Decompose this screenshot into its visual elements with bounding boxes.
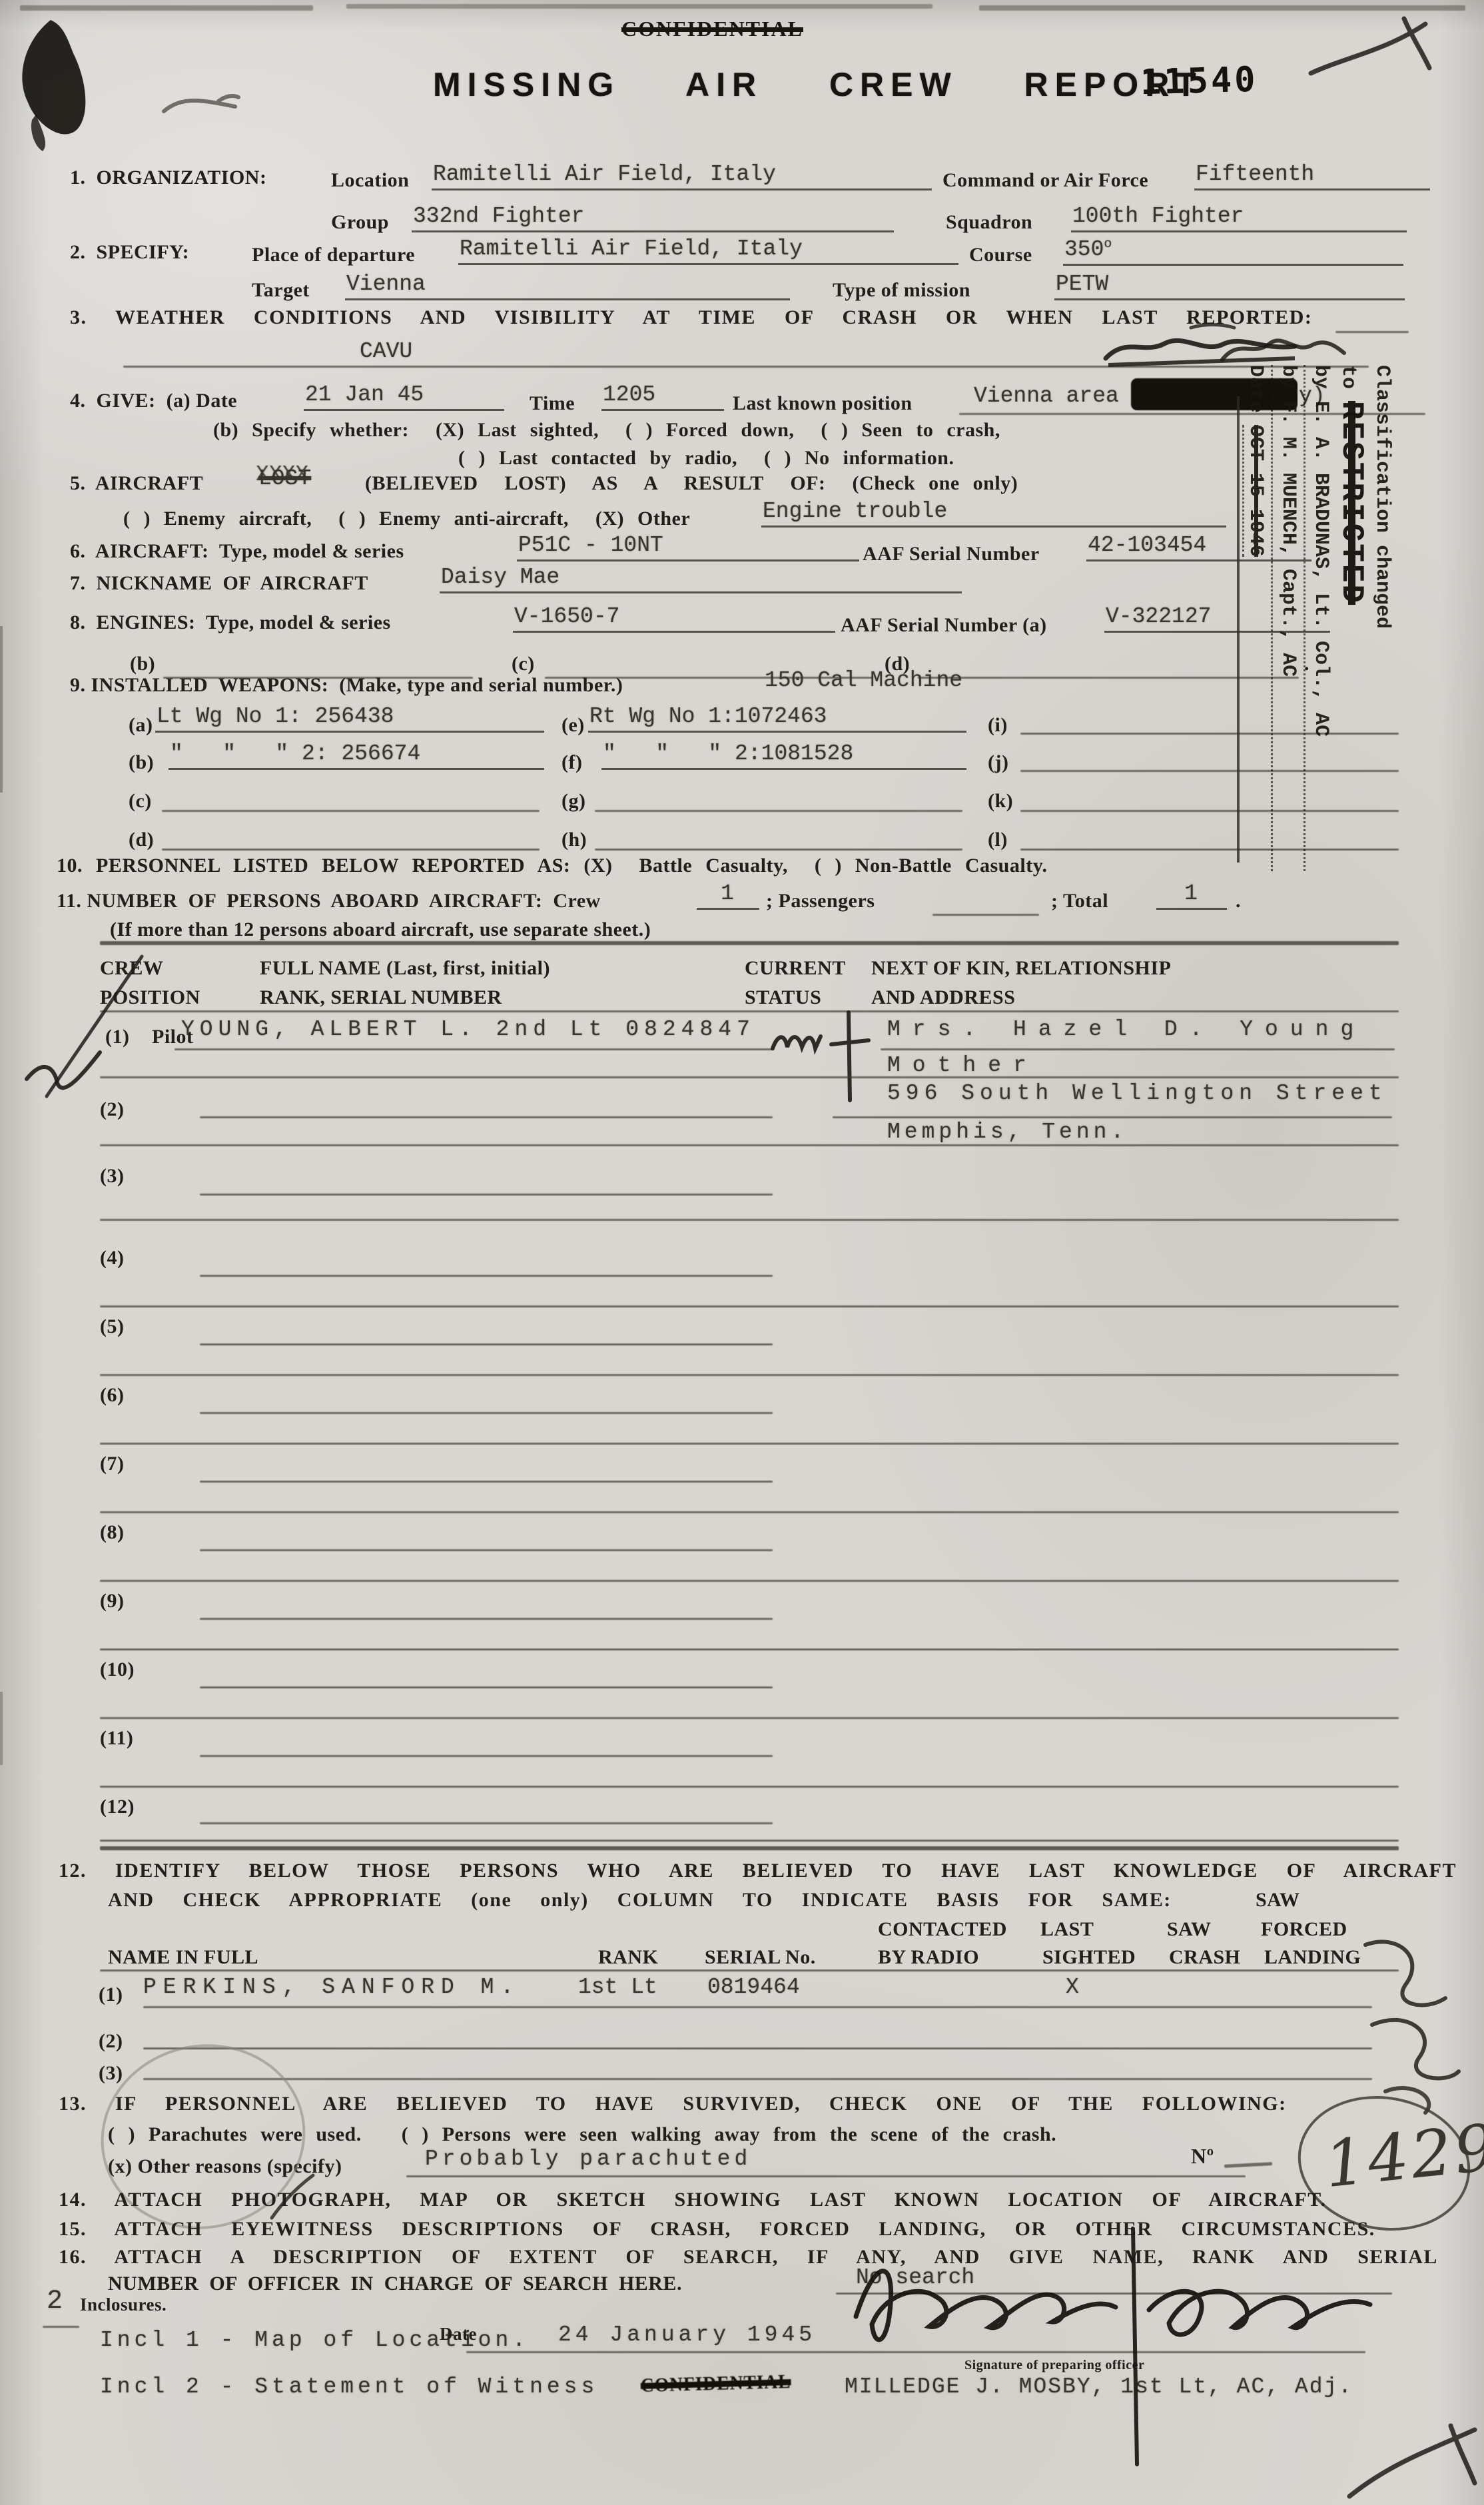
inclosures-label: Inclosures. bbox=[80, 2295, 167, 2315]
macr-form-page: CONFIDENTIAL MISSING AIR CREW REPORT 115… bbox=[0, 0, 1484, 2505]
declassification-stamp: Classification changed to RESTRICTED by … bbox=[1240, 365, 1397, 871]
rule-line bbox=[200, 1343, 773, 1345]
pen-mark-bottom bbox=[1343, 2422, 1483, 2505]
stamp-line4: by F. M. MUENCH, Capt., AC bbox=[1271, 365, 1303, 871]
crew-row-number: (6) bbox=[100, 1384, 124, 1406]
rule-line bbox=[100, 1443, 1399, 1445]
form-title: MISSING AIR CREW REPORT bbox=[433, 65, 1203, 104]
item1-location-label: Location bbox=[331, 169, 409, 191]
item2-mission-value: PETW bbox=[1054, 272, 1405, 300]
item12-col-radio: BY RADIO bbox=[878, 1946, 979, 1968]
scan-edge-artifact bbox=[0, 626, 3, 793]
item9-k-label: (k) bbox=[988, 790, 1013, 812]
handwriting-checkmark bbox=[19, 951, 159, 1111]
rule-line bbox=[100, 1648, 1399, 1650]
handwriting-status-mark bbox=[767, 1007, 877, 1114]
rule-line bbox=[406, 2175, 1246, 2177]
item1-command-value: Fifteenth bbox=[1194, 163, 1430, 190]
item12-line1: 12. IDENTIFY BELOW THOSE PERSONS WHO ARE… bbox=[59, 1860, 1457, 1882]
item9-value: 150 Cal Machine bbox=[765, 669, 962, 693]
item8-c-label: (c) bbox=[512, 653, 535, 675]
item9-a-label: (a) bbox=[129, 714, 153, 736]
item9-b-label: (b) bbox=[129, 751, 154, 773]
item9-e-label: (e) bbox=[561, 714, 585, 736]
item14-label: 14. ATTACH PHOTOGRAPH, MAP OR SKETCH SHO… bbox=[59, 2189, 1327, 2211]
item1-squadron-value: 100th Fighter bbox=[1071, 204, 1407, 232]
stamp-line2: to RESTRICTED bbox=[1336, 365, 1367, 871]
item4-position-value: Vienna area ( bbox=[974, 384, 1145, 408]
item9-g-label: (g) bbox=[561, 790, 585, 812]
item2-course-label: Course bbox=[969, 244, 1032, 266]
item8-label: 8. ENGINES: Type, model & series bbox=[70, 611, 391, 633]
ink-blot bbox=[9, 15, 109, 155]
item9-b-value: " " " 2: 256674 bbox=[169, 742, 544, 770]
item9-f-value: " " " 2:1081528 bbox=[601, 742, 966, 770]
margin-rule bbox=[1237, 396, 1240, 863]
rule-line bbox=[43, 2326, 79, 2328]
rule-line bbox=[100, 1840, 1399, 1842]
inclosures-count: 2 bbox=[47, 2287, 63, 2317]
item12-row1-name: PERKINS, SANFORD M. bbox=[143, 1975, 520, 1999]
item12-row1-last-sighted-mark: X bbox=[1066, 1975, 1079, 1999]
item12-col-contacted: CONTACTED bbox=[878, 1918, 1007, 1940]
item11-note: (If more than 12 persons aboard aircraft… bbox=[110, 918, 651, 940]
item1-location-value: Ramitelli Air Field, Italy bbox=[432, 163, 932, 190]
crew-header-col3b: STATUS bbox=[745, 986, 821, 1008]
crew-row-number: (8) bbox=[100, 1521, 124, 1543]
item11-crew-value: 1 bbox=[697, 882, 759, 910]
item9-h-label: (h) bbox=[561, 829, 587, 851]
item12-col-serial: SERIAL No. bbox=[705, 1946, 816, 1968]
rule-line bbox=[595, 810, 962, 812]
item8-b-label: (b) bbox=[130, 653, 155, 675]
crew-header-col4a: NEXT OF KIN, RELATIONSHIP bbox=[871, 957, 1171, 979]
date-label: Date bbox=[440, 2325, 477, 2344]
rule-line bbox=[200, 1755, 773, 1757]
item12-row1-rank: 1st Lt bbox=[578, 1975, 657, 1999]
crew-row1-nok-name: Mrs. Hazel D. Young bbox=[887, 1018, 1365, 1042]
item1-label: 1. ORGANIZATION: bbox=[70, 167, 266, 188]
rule-line bbox=[200, 1549, 773, 1551]
crew-row1-nok-city: Memphis, Tenn. bbox=[887, 1120, 1128, 1144]
rule-line bbox=[932, 914, 1039, 916]
pencil-mark bbox=[159, 81, 245, 128]
item12-row1-serial: 0819464 bbox=[707, 1975, 800, 1999]
item16-line2: NUMBER OF OFFICER IN CHARGE OF SEARCH HE… bbox=[108, 2273, 682, 2295]
scan-edge-artifact bbox=[0, 1692, 3, 1765]
pen-mark bbox=[1304, 9, 1444, 86]
item9-c-label: (c) bbox=[129, 790, 152, 812]
scan-edge-artifact bbox=[346, 4, 932, 9]
item11-total-label: ; Total bbox=[1051, 890, 1108, 912]
rule-line bbox=[200, 1116, 773, 1118]
item12-saw-top: SAW bbox=[1256, 1889, 1300, 1911]
crew-row-number: (4) bbox=[100, 1247, 124, 1269]
item11-passengers-label: ; Passengers bbox=[766, 890, 875, 912]
item1-group-label: Group bbox=[331, 211, 389, 233]
item2-target-value: Vienna bbox=[345, 272, 790, 300]
item13-other-value: Probably parachuted bbox=[425, 2147, 751, 2171]
rule-line bbox=[100, 1717, 1399, 1719]
rule-line bbox=[881, 1048, 1395, 1050]
crew-row-number: (7) bbox=[100, 1453, 124, 1475]
item12-col-sighted: SIGHTED bbox=[1042, 1946, 1136, 1968]
item2-departure-value: Ramitelli Air Field, Italy bbox=[458, 237, 958, 265]
item12-col-last: LAST bbox=[1040, 1918, 1094, 1940]
item1-squadron-label: Squadron bbox=[946, 211, 1032, 233]
rule-line bbox=[200, 1412, 773, 1414]
rule-line bbox=[143, 2047, 1372, 2049]
crew-row1-name: YOUNG, ALBERT L. 2nd Lt 0824847 bbox=[181, 1018, 755, 1042]
rule-line bbox=[100, 1786, 1399, 1788]
item1-group-value: 332nd Fighter bbox=[412, 204, 894, 232]
item3-value: CAVU bbox=[360, 340, 412, 364]
item9-l-label: (l) bbox=[988, 829, 1008, 851]
pen-scribbles bbox=[1344, 1930, 1481, 2123]
rule-line bbox=[100, 1511, 1399, 1513]
crew-row1-number: (1) bbox=[105, 1026, 129, 1048]
confidential-stamp-top: CONFIDENTIAL bbox=[621, 17, 803, 41]
item5-struck-overtype: XXXX bbox=[256, 463, 308, 487]
item2-label: 2. SPECIFY: bbox=[70, 241, 189, 263]
confidential-stamp-bottom: CONFIDENTIAL bbox=[640, 2370, 791, 2397]
stamp-line5: Date OCT 15 1946 bbox=[1240, 365, 1271, 871]
handwritten-dash bbox=[1224, 2162, 1272, 2168]
item11-period: . bbox=[1236, 890, 1241, 912]
item12-row1-number: (1) bbox=[99, 1983, 123, 2005]
crew-row1-nok-relation: Mother bbox=[887, 1054, 1038, 1078]
item4-label: 4. GIVE: (a) Date bbox=[70, 390, 237, 412]
item1-command-label: Command or Air Force bbox=[942, 169, 1148, 191]
rule-line bbox=[143, 2078, 1372, 2080]
crew-row-number: (3) bbox=[100, 1165, 124, 1187]
item2-target-label: Target bbox=[252, 279, 310, 301]
crew-header-col2b: RANK, SERIAL NUMBER bbox=[260, 986, 502, 1008]
crew-row-number: (10) bbox=[100, 1658, 135, 1680]
rule-line bbox=[200, 1618, 773, 1620]
crew-row-number: (5) bbox=[100, 1315, 124, 1337]
item7-label: 7. NICKNAME OF AIRCRAFT bbox=[70, 572, 368, 594]
rule-line bbox=[100, 1374, 1399, 1376]
incl2-text: Incl 2 - Statement of Witness bbox=[100, 2375, 598, 2399]
item10-label: 10. PERSONNEL LISTED BELOW REPORTED AS: … bbox=[57, 855, 1048, 877]
item6-value: P51C - 10NT bbox=[517, 534, 859, 561]
item2-course-value: 350o bbox=[1063, 237, 1403, 266]
item5-label-b: (BELIEVED LOST) AS A RESULT OF: (Check o… bbox=[365, 472, 1018, 494]
stamp-line3: by E. A. BRADUNAS, Lt. Col., AC bbox=[1303, 365, 1336, 871]
rule-line bbox=[100, 1076, 1399, 1078]
item9-label: 9. INSTALLED WEAPONS: (Make, type and se… bbox=[70, 674, 623, 696]
rule-line bbox=[100, 1580, 1399, 1582]
item5-other-value: Engine trouble bbox=[761, 500, 1226, 528]
rule-line bbox=[200, 1686, 773, 1688]
crew-header-col3a: CURRENT bbox=[745, 957, 846, 979]
item8-value: V-1650-7 bbox=[513, 605, 835, 633]
item7-value: Daisy Mae bbox=[440, 565, 962, 593]
divider-line bbox=[100, 1846, 1399, 1850]
rule-line bbox=[833, 1116, 1392, 1118]
item13-no-label: Nº bbox=[1191, 2145, 1214, 2168]
crew-row-number: (9) bbox=[100, 1590, 124, 1612]
stamp-line1: Classification changed bbox=[1367, 365, 1397, 871]
rule-line bbox=[175, 1048, 774, 1050]
item8-serial-label: AAF Serial Number (a) bbox=[841, 614, 1047, 636]
item9-i-label: (i) bbox=[988, 714, 1008, 736]
scan-edge-artifact bbox=[20, 5, 313, 11]
item6-label: 6. AIRCRAFT: Type, model & series bbox=[70, 540, 404, 562]
rule-line bbox=[200, 1275, 773, 1277]
crew-row1-nok-street: 596 South Wellington Street bbox=[887, 1082, 1387, 1106]
item12-col-crash: CRASH bbox=[1169, 1946, 1241, 1968]
rule-line bbox=[100, 1305, 1399, 1307]
item12-col-forced: FORCED bbox=[1261, 1918, 1347, 1940]
rule-line bbox=[162, 849, 540, 851]
rule-line bbox=[100, 1219, 1399, 1221]
rule-line bbox=[595, 849, 962, 851]
item12-col-saw: SAW bbox=[1167, 1918, 1212, 1940]
item9-d-label: (d) bbox=[129, 829, 154, 851]
item12-line2: AND CHECK APPROPRIATE (one only) COLUMN … bbox=[108, 1889, 1172, 1911]
item2-departure-label: Place of departure bbox=[252, 244, 415, 266]
item4-specify-line2: ( ) Last contacted by radio, ( ) No info… bbox=[458, 447, 954, 469]
item5-options: ( ) Enemy aircraft, ( ) Enemy anti-aircr… bbox=[123, 508, 690, 530]
item4-specify-line1: (b) Specify whether: (X) Last sighted, (… bbox=[213, 419, 1000, 441]
rule-line bbox=[143, 2006, 1372, 2008]
rule-line bbox=[100, 1010, 1399, 1012]
item4-date-value: 21 Jan 45 bbox=[304, 383, 504, 411]
item11-label: 11. NUMBER OF PERSONS ABOARD AIRCRAFT: C… bbox=[57, 890, 601, 912]
crew-row-number: (12) bbox=[100, 1796, 135, 1818]
rule-line bbox=[162, 810, 540, 812]
item6-serial-label: AAF Serial Number bbox=[863, 543, 1040, 565]
item12-col-name: NAME IN FULL bbox=[108, 1946, 258, 1968]
item9-e-value: Rt Wg No 1:1072463 bbox=[588, 705, 966, 733]
crew-header-col2a: FULL NAME (Last, first, initial) bbox=[260, 957, 550, 979]
crew-row-number: (2) bbox=[100, 1098, 124, 1120]
crew-header-col4b: AND ADDRESS bbox=[871, 986, 1015, 1008]
rule-line bbox=[100, 1144, 1399, 1146]
item9-j-label: (j) bbox=[988, 751, 1008, 773]
rule-line bbox=[100, 1969, 1399, 1971]
item5-label-a: 5. AIRCRAFT bbox=[70, 472, 203, 494]
report-number: 11540 bbox=[1140, 60, 1258, 103]
divider-line bbox=[100, 941, 1399, 945]
date-value: 24 January 1945 bbox=[558, 2323, 816, 2347]
rule-line bbox=[200, 1822, 773, 1824]
item9-a-value: Lt Wg No 1: 256438 bbox=[155, 705, 544, 733]
item9-f-label: (f) bbox=[561, 751, 582, 773]
item4-time-value: 1205 bbox=[601, 383, 724, 411]
circled-number-text: 1429 bbox=[1321, 2110, 1484, 2203]
item12-col-rank: RANK bbox=[598, 1946, 658, 1968]
item11-total-value: 1 bbox=[1156, 882, 1227, 910]
rule-line bbox=[200, 1481, 773, 1483]
restricted-word: RESTRICTED bbox=[1334, 401, 1369, 605]
item4-position-label: Last known position bbox=[733, 392, 913, 414]
crew-row-number: (11) bbox=[100, 1727, 133, 1749]
item2-mission-label: Type of mission bbox=[833, 279, 970, 301]
item4-time-label: Time bbox=[530, 392, 575, 414]
rule-line bbox=[200, 1194, 773, 1196]
signature-handwriting bbox=[836, 2217, 1389, 2476]
